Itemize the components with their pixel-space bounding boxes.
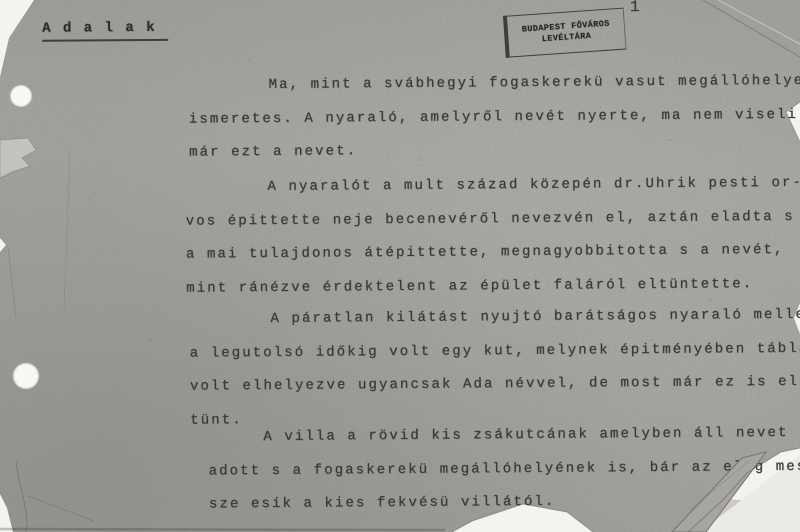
paper-damage-decoration bbox=[0, 0, 800, 532]
dust-specks bbox=[89, 59, 711, 481]
scanned-document: A d a l a k 1 BUDAPEST FŐVÁROS LEVÉLTÁRA… bbox=[0, 0, 800, 532]
punch-holes bbox=[10, 85, 39, 389]
